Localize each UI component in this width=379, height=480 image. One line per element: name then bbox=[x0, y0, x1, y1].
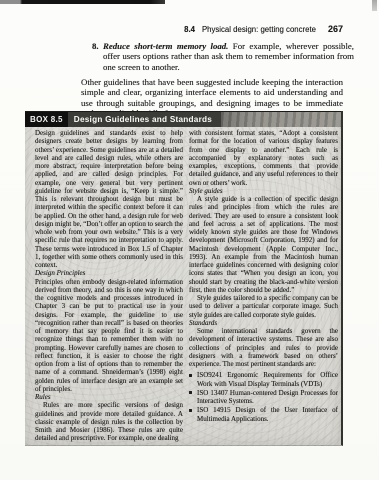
scan-artifact-top-edge bbox=[0, 0, 165, 4]
box-title-bar-fill bbox=[221, 112, 341, 127]
box-paragraph-style-guides: A style guide is a collection of specifi… bbox=[189, 195, 338, 294]
page-number: 267 bbox=[328, 24, 343, 34]
box-left-column: Design guidelines and standards exist to… bbox=[35, 129, 183, 443]
book-page: 8.4 Physical design: getting concrete 26… bbox=[0, 0, 379, 480]
bullet-icon bbox=[189, 406, 197, 423]
list-item-number: 8. bbox=[92, 41, 99, 51]
running-title: Physical design: getting concrete bbox=[202, 25, 316, 34]
box-subheading-rules: Rules bbox=[35, 393, 183, 401]
guidelines-box: BOX 8.5 Design Guidelines and Standards … bbox=[25, 111, 343, 446]
iso-9241-text: ISO9241 Ergonomic Requirements for Offic… bbox=[197, 371, 338, 388]
box-title-bar: BOX 8.5 Design Guidelines and Standards bbox=[25, 111, 341, 127]
box-paragraph-rules: Rules are more specific versions of desi… bbox=[35, 401, 183, 442]
numbered-list-item-8: 8. Reduce short-term memory load. For ex… bbox=[92, 41, 354, 72]
box-title: Design Guidelines and Standards bbox=[68, 112, 221, 127]
scan-artifact-corner-mark bbox=[372, 0, 377, 11]
iso-13407-text: ISO 13407 Human-centered Design Processe… bbox=[197, 389, 338, 406]
box-label: BOX 8.5 bbox=[25, 112, 68, 127]
bullet-icon bbox=[189, 389, 197, 406]
list-item: ISO9241 Ergonomic Requirements for Offic… bbox=[189, 371, 338, 388]
box-subheading-style-guides: Style guides bbox=[189, 187, 338, 195]
section-number: 8.4 bbox=[184, 25, 195, 34]
list-item: ISO 13407 Human-centered Design Processe… bbox=[189, 389, 338, 406]
box-paragraph-rules-continued: with consistent format states, “Adopt a … bbox=[189, 129, 338, 187]
box-subheading-standards: Standards bbox=[189, 319, 338, 327]
box-paragraph-corporate-style-guides: Style guides tailored to a specific comp… bbox=[189, 294, 338, 319]
box-paragraph-standards: Some international standards govern the … bbox=[189, 327, 338, 368]
iso-standards-list: ISO9241 Ergonomic Requirements for Offic… bbox=[189, 371, 338, 423]
iso-14915-text: ISO 14915 Design of the User Interface o… bbox=[197, 406, 338, 423]
list-item-lead: Reduce short-term memory load. bbox=[103, 41, 228, 51]
box-right-column: with consistent format states, “Adopt a … bbox=[189, 129, 338, 423]
list-item: ISO 14915 Design of the User Interface o… bbox=[189, 406, 338, 423]
box-subheading-design-principles: Design Principles bbox=[35, 269, 183, 277]
bullet-icon bbox=[189, 371, 197, 388]
box-paragraph-principles: Principles often embody design-related i… bbox=[35, 278, 183, 394]
box-paragraph-guidelines: Design guidelines and standards exist to… bbox=[35, 129, 183, 269]
running-head: 8.4 Physical design: getting concrete 26… bbox=[184, 24, 343, 34]
